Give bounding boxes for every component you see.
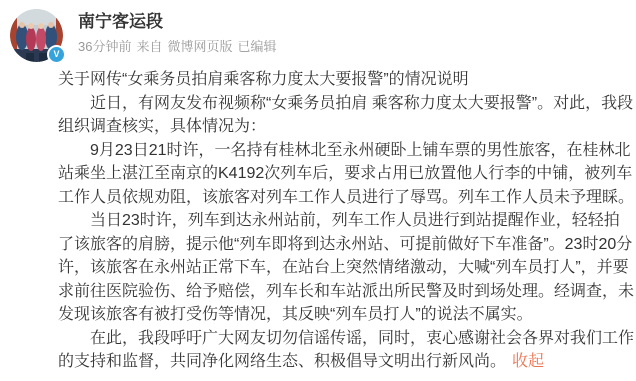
source-link[interactable]: 微博网页版: [167, 39, 232, 54]
statement-paragraph: 在此，我段呼吁广大网友切勿信谣传谣，同时，衷心感谢社会各界对我们工作的支持和监督…: [58, 327, 634, 374]
post-body: 关于网传“女乘务员拍肩乘客称力度太大要报警”的情况说明 近日，有网友发布视频称“…: [58, 68, 634, 374]
statement-paragraph: 当日23时许，列车到达永州站前，列车工作人员进行到站提醒作业，轻轻拍了该旅客的肩…: [58, 209, 634, 327]
timestamp[interactable]: 36分钟前: [78, 39, 131, 54]
from-label: 来自: [136, 39, 162, 54]
statement-paragraph: 9月23日21时许，一名持有桂林北至永州硬卧上铺车票的男性旅客，在桂林北站乘坐上…: [58, 139, 634, 210]
username[interactable]: 南宁客运段: [78, 11, 282, 33]
post-meta: 36分钟前来自微博网页版已编辑: [78, 39, 282, 55]
verified-badge-icon: V: [47, 45, 66, 64]
collapse-link[interactable]: 收起: [512, 353, 544, 370]
post-header: 南宁客运段 36分钟前来自微博网页版已编辑: [78, 11, 282, 55]
statement-paragraph-text: 在此，我段呼吁广大网友切勿信谣传谣，同时，衷心感谢社会各界对我们工作的支持和监督…: [58, 330, 634, 371]
avatar[interactable]: V: [10, 9, 63, 62]
statement-title: 关于网传“女乘务员拍肩乘客称力度太大要报警”的情况说明: [58, 68, 634, 92]
weibo-post: V 南宁客运段 36分钟前来自微博网页版已编辑 关于网传“女乘务员拍肩乘客称力度…: [0, 0, 636, 381]
edited-label: 已编辑: [238, 39, 277, 54]
statement-paragraph: 近日，有网友发布视频称“女乘务员拍肩 乘客称力度太大要报警”。对此，我段组织调查…: [58, 92, 634, 139]
